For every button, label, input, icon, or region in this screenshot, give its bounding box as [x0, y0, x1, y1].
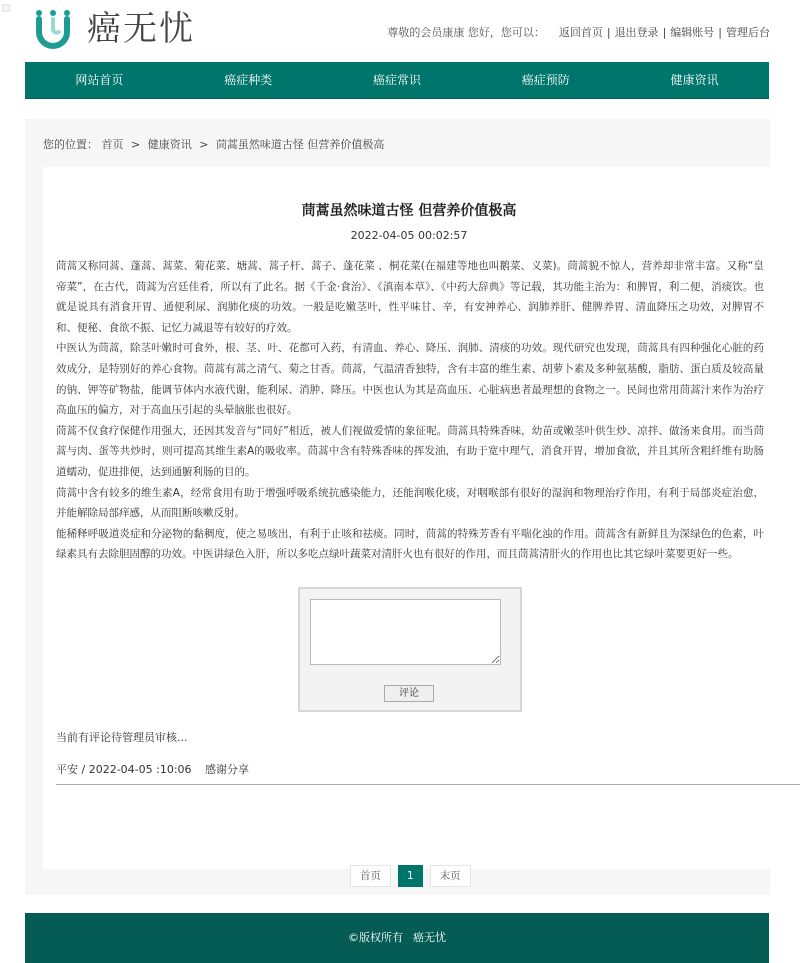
- breadcrumb-arrow: >: [131, 138, 140, 151]
- article: 茼蒿虽然味道古怪 但营养价值极高 2022-04-05 00:02:57 茼蒿又…: [43, 167, 770, 869]
- nav-item-home[interactable]: 网站首页: [25, 62, 174, 98]
- article-title: 茼蒿虽然味道古怪 但营养价值极高: [43, 200, 775, 220]
- article-paragraph: 能稀释呼吸道炎症和分泌物的黏稠度，使之易咳出，有利于止咳和祛痰。同时，茼蒿的特殊…: [56, 524, 764, 565]
- comment-form: 评论: [298, 587, 522, 712]
- main-nav: 网站首页 癌症种类 癌症常识 癌症预防 健康资讯: [25, 62, 769, 99]
- breadcrumb: 您的位置： 首页 > 健康资讯 > 茼蒿虽然味道古怪 但营养价值极高: [43, 136, 384, 152]
- article-body: 茼蒿又称同蒿、蓬蒿、蒿菜、菊花菜、塘蒿、蒿子杆、蒿子、蓬花菜 、桐花菜(在福建等…: [56, 256, 764, 565]
- link-home[interactable]: 返回首页: [559, 24, 603, 40]
- page-last-button[interactable]: 末页: [430, 865, 471, 887]
- comment-divider: [56, 784, 800, 785]
- logo-u-icon: [33, 8, 73, 50]
- nav-item-cancer-types[interactable]: 癌症种类: [174, 62, 323, 98]
- pagination: 首页 1 末页: [350, 865, 478, 887]
- separator: |: [718, 26, 722, 39]
- comment-content: 感谢分享: [205, 763, 249, 776]
- page-current-button[interactable]: 1: [398, 865, 423, 887]
- user-bar: 尊敬的会员康康 您好，您可以： 返回首页 | 退出登录 | 编辑账号 | 管理后…: [387, 24, 770, 40]
- breadcrumb-home[interactable]: 首页: [102, 138, 124, 151]
- site-name: 癌无忧: [87, 8, 195, 50]
- user-greeting: 尊敬的会员康康 您好，您可以：: [387, 24, 545, 40]
- link-admin[interactable]: 管理后台: [726, 24, 770, 40]
- footer-brand: 癌无忧: [413, 931, 446, 944]
- breadcrumb-label: 您的位置：: [43, 138, 98, 151]
- nav-item-cancer-prevention[interactable]: 癌症预防: [471, 62, 620, 98]
- article-paragraph: 茼蒿不仅食疗保健作用强大，还因其发音与“同好”相近，被人们视做爱情的象征呢。茼蒿…: [56, 421, 764, 483]
- comment-meta: 平安 / 2022-04-05 :10:06: [56, 763, 192, 776]
- link-logout[interactable]: 退出登录: [615, 24, 659, 40]
- site-logo[interactable]: 癌无忧: [33, 8, 195, 50]
- separator: |: [607, 26, 611, 39]
- site-header: 癌无忧 尊敬的会员康康 您好，您可以： 返回首页 | 退出登录 | 编辑账号 |…: [0, 0, 800, 60]
- footer-copyright: ©版权所有: [348, 931, 403, 944]
- pending-review-notice: 当前有评论待管理员审核...: [56, 729, 188, 745]
- article-paragraph: 茼蒿中含有较多的维生素A，经常食用有助于增强呼吸系统抗感染能力，还能润喉化痰，对…: [56, 483, 764, 524]
- article-date: 2022-04-05 00:02:57: [43, 229, 775, 242]
- separator: |: [663, 26, 667, 39]
- nav-item-cancer-knowledge[interactable]: 癌症常识: [323, 62, 472, 98]
- content-panel: 您的位置： 首页 > 健康资讯 > 茼蒿虽然味道古怪 但营养价值极高 茼蒿虽然味…: [25, 119, 770, 895]
- article-paragraph: 茼蒿又称同蒿、蓬蒿、蒿菜、菊花菜、塘蒿、蒿子杆、蒿子、蓬花菜 、桐花菜(在福建等…: [56, 256, 764, 338]
- comment-textarea[interactable]: [310, 599, 501, 665]
- breadcrumb-current[interactable]: 茼蒿虽然味道古怪 但营养价值极高: [216, 138, 385, 151]
- link-edit-account[interactable]: 编辑账号: [670, 24, 714, 40]
- breadcrumb-health-news[interactable]: 健康资讯: [148, 138, 192, 151]
- site-footer: ©版权所有癌无忧: [25, 913, 769, 963]
- nav-item-health-news[interactable]: 健康资讯: [620, 62, 769, 98]
- comment-item: 平安 / 2022-04-05 :10:06 感谢分享: [56, 761, 249, 777]
- page-first-button[interactable]: 首页: [350, 865, 391, 887]
- comment-submit-button[interactable]: 评论: [384, 685, 434, 702]
- breadcrumb-arrow: >: [199, 138, 208, 151]
- article-paragraph: 中医认为茼蒿，除茎叶嫩时可食外，根、茎、叶、花都可入药，有清血、养心、降压、润肺…: [56, 338, 764, 420]
